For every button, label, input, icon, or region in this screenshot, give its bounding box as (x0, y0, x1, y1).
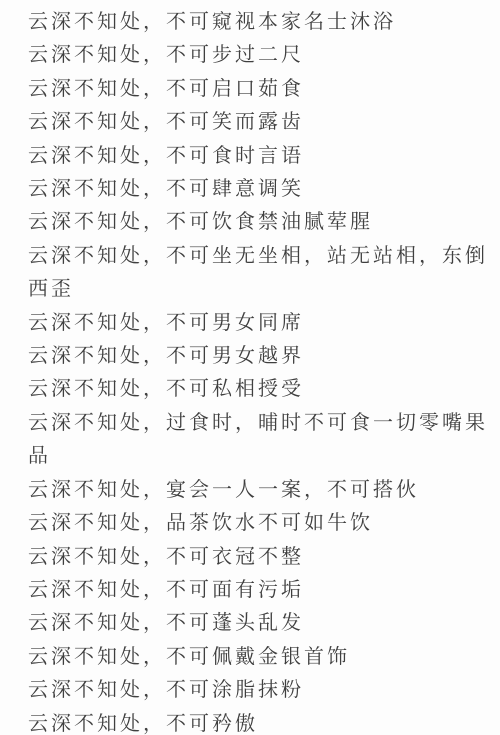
rule-line: 云深不知处，不可笑而露齿 (28, 105, 490, 138)
rule-line: 云深不知处，过食时，晡时不可食一切零嘴果品 (28, 406, 490, 473)
rules-list: 云深不知处，不可窥视本家名士沐浴云深不知处，不可步过二尺云深不知处，不可启口茹食… (28, 5, 490, 735)
rule-line: 云深不知处，不可衣冠不整 (28, 540, 490, 573)
document-page: 云深不知处，不可窥视本家名士沐浴云深不知处，不可步过二尺云深不知处，不可启口茹食… (0, 0, 500, 735)
rule-line: 云深不知处，不可涂脂抹粉 (28, 673, 490, 706)
rule-line: 云深不知处，不可蓬头乱发 (28, 606, 490, 639)
rule-line: 云深不知处，不可面有污垢 (28, 573, 490, 606)
rule-line: 云深不知处，不可男女同席 (28, 306, 490, 339)
rule-line: 云深不知处，不可饮食禁油腻荤腥 (28, 205, 490, 238)
rule-line: 云深不知处，不可启口茹食 (28, 72, 490, 105)
rule-line: 云深不知处，不可食时言语 (28, 139, 490, 172)
rule-line: 云深不知处，不可矜傲 (28, 707, 490, 735)
rule-line: 云深不知处，品茶饮水不可如牛饮 (28, 506, 490, 539)
rule-line: 云深不知处，不可私相授受 (28, 372, 490, 405)
rule-line: 云深不知处，不可佩戴金银首饰 (28, 640, 490, 673)
rule-line: 云深不知处，宴会一人一案，不可搭伙 (28, 473, 490, 506)
rule-line: 云深不知处，不可窥视本家名士沐浴 (28, 5, 490, 38)
rule-line: 云深不知处，不可坐无坐相，站无站相，东倒西歪 (28, 239, 490, 306)
rule-line: 云深不知处，不可肆意调笑 (28, 172, 490, 205)
rule-line: 云深不知处，不可男女越界 (28, 339, 490, 372)
rule-line: 云深不知处，不可步过二尺 (28, 38, 490, 71)
